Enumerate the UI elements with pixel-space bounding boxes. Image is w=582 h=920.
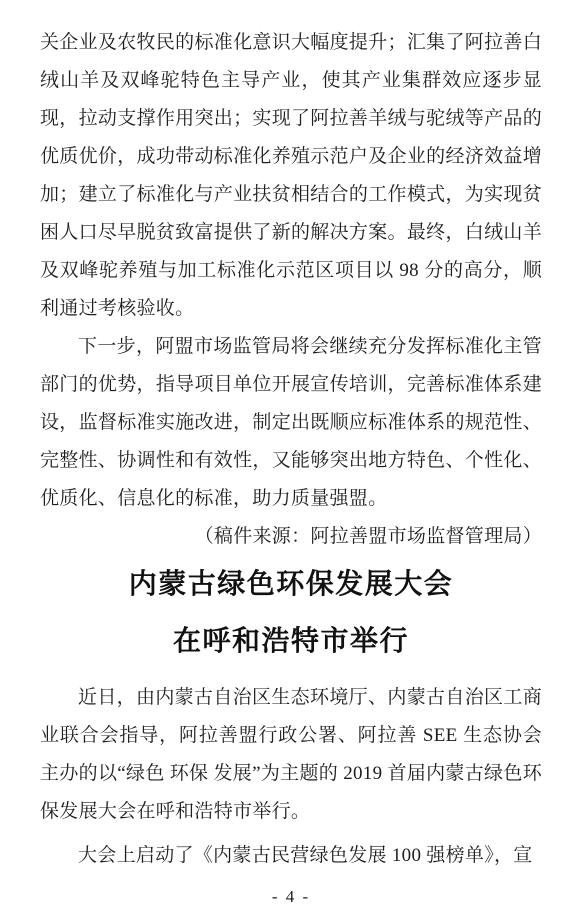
paragraph-conference-intro: 近日，由内蒙古自治区生态环境厅、内蒙古自治区工商业联合会指导，阿拉善盟行政公署、… [40, 679, 542, 831]
paragraph-standardization-results: 关企业及农牧民的标准化意识大幅度提升；汇集了阿拉善白绒山羊及双峰驼特色主导产业，… [40, 24, 542, 328]
document-page: 关企业及农牧民的标准化意识大幅度提升；汇集了阿拉善白绒山羊及双峰驼特色主导产业，… [0, 0, 582, 920]
paragraph-next-step: 下一步，阿盟市场监管局将会继续充分发挥标准化主管部门的优势，指导项目单位开展宣传… [40, 328, 542, 518]
page-content: 关企业及农牧民的标准化意识大幅度提升；汇集了阿拉善白绒山羊及双峰驼特色主导产业，… [40, 24, 542, 875]
article-title-line-2: 在呼和浩特市举行 [40, 622, 542, 662]
paragraph-ranking-launch: 大会上启动了《内蒙古民营绿色发展 100 强榜单》，宣 [40, 837, 542, 875]
source-attribution: （稿件来源：阿拉善盟市场监督管理局） [40, 518, 542, 556]
page-number: - 4 - [0, 887, 582, 907]
article-title-line-1: 内蒙古绿色环保发展大会 [40, 565, 542, 605]
